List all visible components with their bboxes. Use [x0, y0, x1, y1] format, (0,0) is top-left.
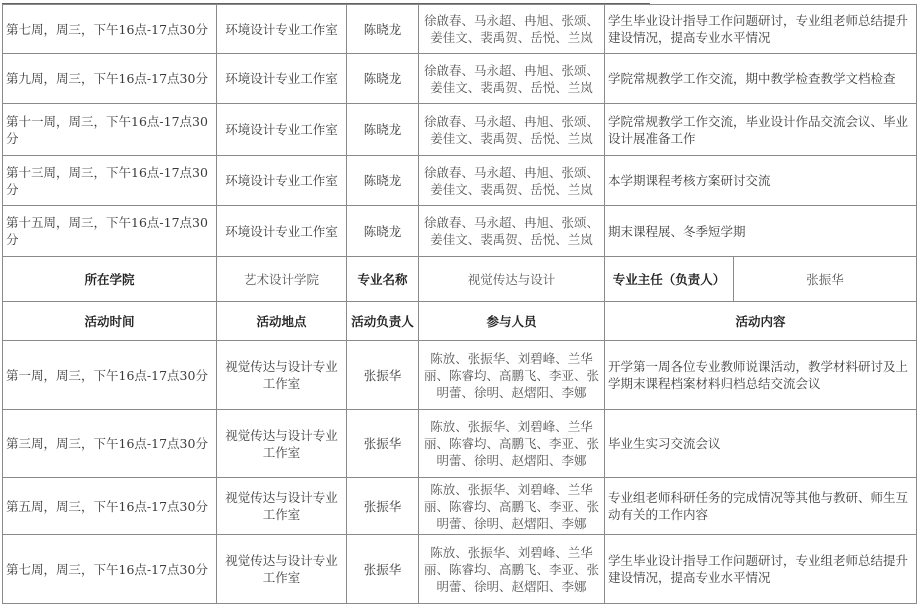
- activity-location-cell: 环境设计专业工作室: [217, 54, 347, 104]
- activity-location-cell: 视觉传达与设计专业工作室: [217, 341, 347, 410]
- college-label: 所在学院: [3, 257, 217, 302]
- activity-time-cell: 第九周，周三，下午16点-17点30分: [3, 54, 217, 104]
- participants-cell: 徐啟春、马永超、冉旭、张颂、姜佳文、裴禹贺、岳悦、兰岚: [419, 104, 605, 156]
- header-row: 活动时间 活动地点 活动负责人 参与人员 活动内容: [3, 302, 917, 341]
- activity-time-cell: 第七周，周三，下午16点-17点30分: [3, 5, 217, 54]
- header-location: 活动地点: [217, 302, 347, 341]
- activity-content-cell: 毕业生实习交流会议: [605, 410, 917, 478]
- activity-content-cell: 学生毕业设计指导工作问题研讨，专业组老师总结提升建设情况，提高专业水平情况: [605, 5, 917, 54]
- major-value: 视觉传达与设计: [419, 257, 605, 302]
- activity-time-cell: 第五周，周三，下午16点-17点30分: [3, 478, 217, 535]
- activity-leader-cell: 张振华: [347, 535, 419, 604]
- header-content: 活动内容: [605, 302, 917, 341]
- header-participants: 参与人员: [419, 302, 605, 341]
- activity-leader-cell: 张振华: [347, 410, 419, 478]
- participants-cell: 徐啟春、马永超、冉旭、张颂、姜佳文、裴禹贺、岳悦、兰岚: [419, 156, 605, 206]
- activity-time-cell: 第十一周，周三，下午16点-17点30分: [3, 104, 217, 156]
- activity-leader-cell: 陈晓龙: [347, 104, 419, 156]
- activity-location-cell: 环境设计专业工作室: [217, 104, 347, 156]
- table-row: 第十三周，周三，下午16点-17点30分 环境设计专业工作室 陈晓龙 徐啟春、马…: [3, 156, 917, 206]
- activity-content-cell: 学院常规教学工作交流，毕业设计作品交流会议、毕业设计展准备工作: [605, 104, 917, 156]
- participants-cell: 徐啟春、马永超、冉旭、张颂、姜佳文、裴禹贺、岳悦、兰岚: [419, 54, 605, 104]
- activity-content-cell: 专业组老师科研任务的完成情况等其他与教研、师生互动有关的工作内容: [605, 478, 917, 535]
- activity-leader-cell: 陈晓龙: [347, 5, 419, 54]
- table-row: 第三周，周三，下午16点-17点30分 视觉传达与设计专业工作室 张振华 陈放、…: [3, 410, 917, 478]
- header-time: 活动时间: [3, 302, 217, 341]
- participants-cell: 陈放、张振华、刘碧峰、兰华丽、陈睿均、高鹏飞、李亚、张明蕾、徐明、赵熠阳、李娜: [419, 478, 605, 535]
- director-label: 专业主任（负责人）: [605, 257, 734, 302]
- activity-time-cell: 第十三周，周三，下午16点-17点30分: [3, 156, 217, 206]
- participants-cell: 徐啟春、马永超、冉旭、张颂、姜佳文、裴禹贺、岳悦、兰岚: [419, 206, 605, 257]
- activity-leader-cell: 陈晓龙: [347, 54, 419, 104]
- activity-leader-cell: 张振华: [347, 478, 419, 535]
- activity-leader-cell: 陈晓龙: [347, 206, 419, 257]
- activity-leader-cell: 陈晓龙: [347, 156, 419, 206]
- participants-cell: 陈放、张振华、刘碧峰、兰华丽、陈睿均、高鹏飞、李亚、张明蕾、徐明、赵熠阳、李娜: [419, 535, 605, 604]
- activity-location-cell: 环境设计专业工作室: [217, 156, 347, 206]
- table-row: 第七周，周三，下午16点-17点30分 环境设计专业工作室 陈晓龙 徐啟春、马永…: [3, 5, 917, 54]
- table-row: 第七周，周三，下午16点-17点30分 视觉传达与设计专业工作室 张振华 陈放、…: [3, 535, 917, 604]
- table-row: 第十一周，周三，下午16点-17点30分 环境设计专业工作室 陈晓龙 徐啟春、马…: [3, 104, 917, 156]
- participants-cell: 陈放、张振华、刘碧峰、兰华丽、陈睿均、高鹏飞、李亚、张明蕾、徐明、赵熠阳、李娜: [419, 341, 605, 410]
- activity-schedule-table: 第七周，周三，下午16点-17点30分 环境设计专业工作室 陈晓龙 徐啟春、马永…: [2, 4, 917, 604]
- activity-location-cell: 视觉传达与设计专业工作室: [217, 478, 347, 535]
- info-row: 所在学院 艺术设计学院 专业名称 视觉传达与设计 专业主任（负责人） 张振华: [3, 257, 917, 302]
- activity-content-cell: 学生毕业设计指导工作问题研讨，专业组老师总结提升建设情况，提高专业水平情况: [605, 535, 917, 604]
- activity-content-cell: 本学期课程考核方案研讨交流: [605, 156, 917, 206]
- activity-leader-cell: 张振华: [347, 341, 419, 410]
- college-value: 艺术设计学院: [217, 257, 347, 302]
- major-label: 专业名称: [347, 257, 419, 302]
- activity-time-cell: 第三周，周三，下午16点-17点30分: [3, 410, 217, 478]
- header-leader: 活动负责人: [347, 302, 419, 341]
- activity-content-cell: 学院常规教学工作交流，期中教学检查教学文档检查: [605, 54, 917, 104]
- activity-content-cell: 开学第一周各位专业教师说课活动，教学材料研讨及上学期末课程档案材料归档总结交流会…: [605, 341, 917, 410]
- participants-cell: 陈放、张振华、刘碧峰、兰华丽、陈睿均、高鹏飞、李亚、张明蕾、徐明、赵熠阳、李娜: [419, 410, 605, 478]
- activity-location-cell: 环境设计专业工作室: [217, 206, 347, 257]
- activity-content-cell: 期末课程展、冬季短学期: [605, 206, 917, 257]
- table-row: 第九周，周三，下午16点-17点30分 环境设计专业工作室 陈晓龙 徐啟春、马永…: [3, 54, 917, 104]
- participants-cell: 徐啟春、马永超、冉旭、张颂、姜佳文、裴禹贺、岳悦、兰岚: [419, 5, 605, 54]
- activity-time-cell: 第七周，周三，下午16点-17点30分: [3, 535, 217, 604]
- activity-location-cell: 环境设计专业工作室: [217, 5, 347, 54]
- table-row: 第五周，周三，下午16点-17点30分 视觉传达与设计专业工作室 张振华 陈放、…: [3, 478, 917, 535]
- activity-location-cell: 视觉传达与设计专业工作室: [217, 535, 347, 604]
- table-row: 第十五周，周三，下午16点-17点30分 环境设计专业工作室 陈晓龙 徐啟春、马…: [3, 206, 917, 257]
- activity-time-cell: 第一周，周三，下午16点-17点30分: [3, 341, 217, 410]
- activity-time-cell: 第十五周，周三，下午16点-17点30分: [3, 206, 217, 257]
- director-value: 张振华: [734, 257, 917, 302]
- activity-location-cell: 视觉传达与设计专业工作室: [217, 410, 347, 478]
- table-row: 第一周，周三，下午16点-17点30分 视觉传达与设计专业工作室 张振华 陈放、…: [3, 341, 917, 410]
